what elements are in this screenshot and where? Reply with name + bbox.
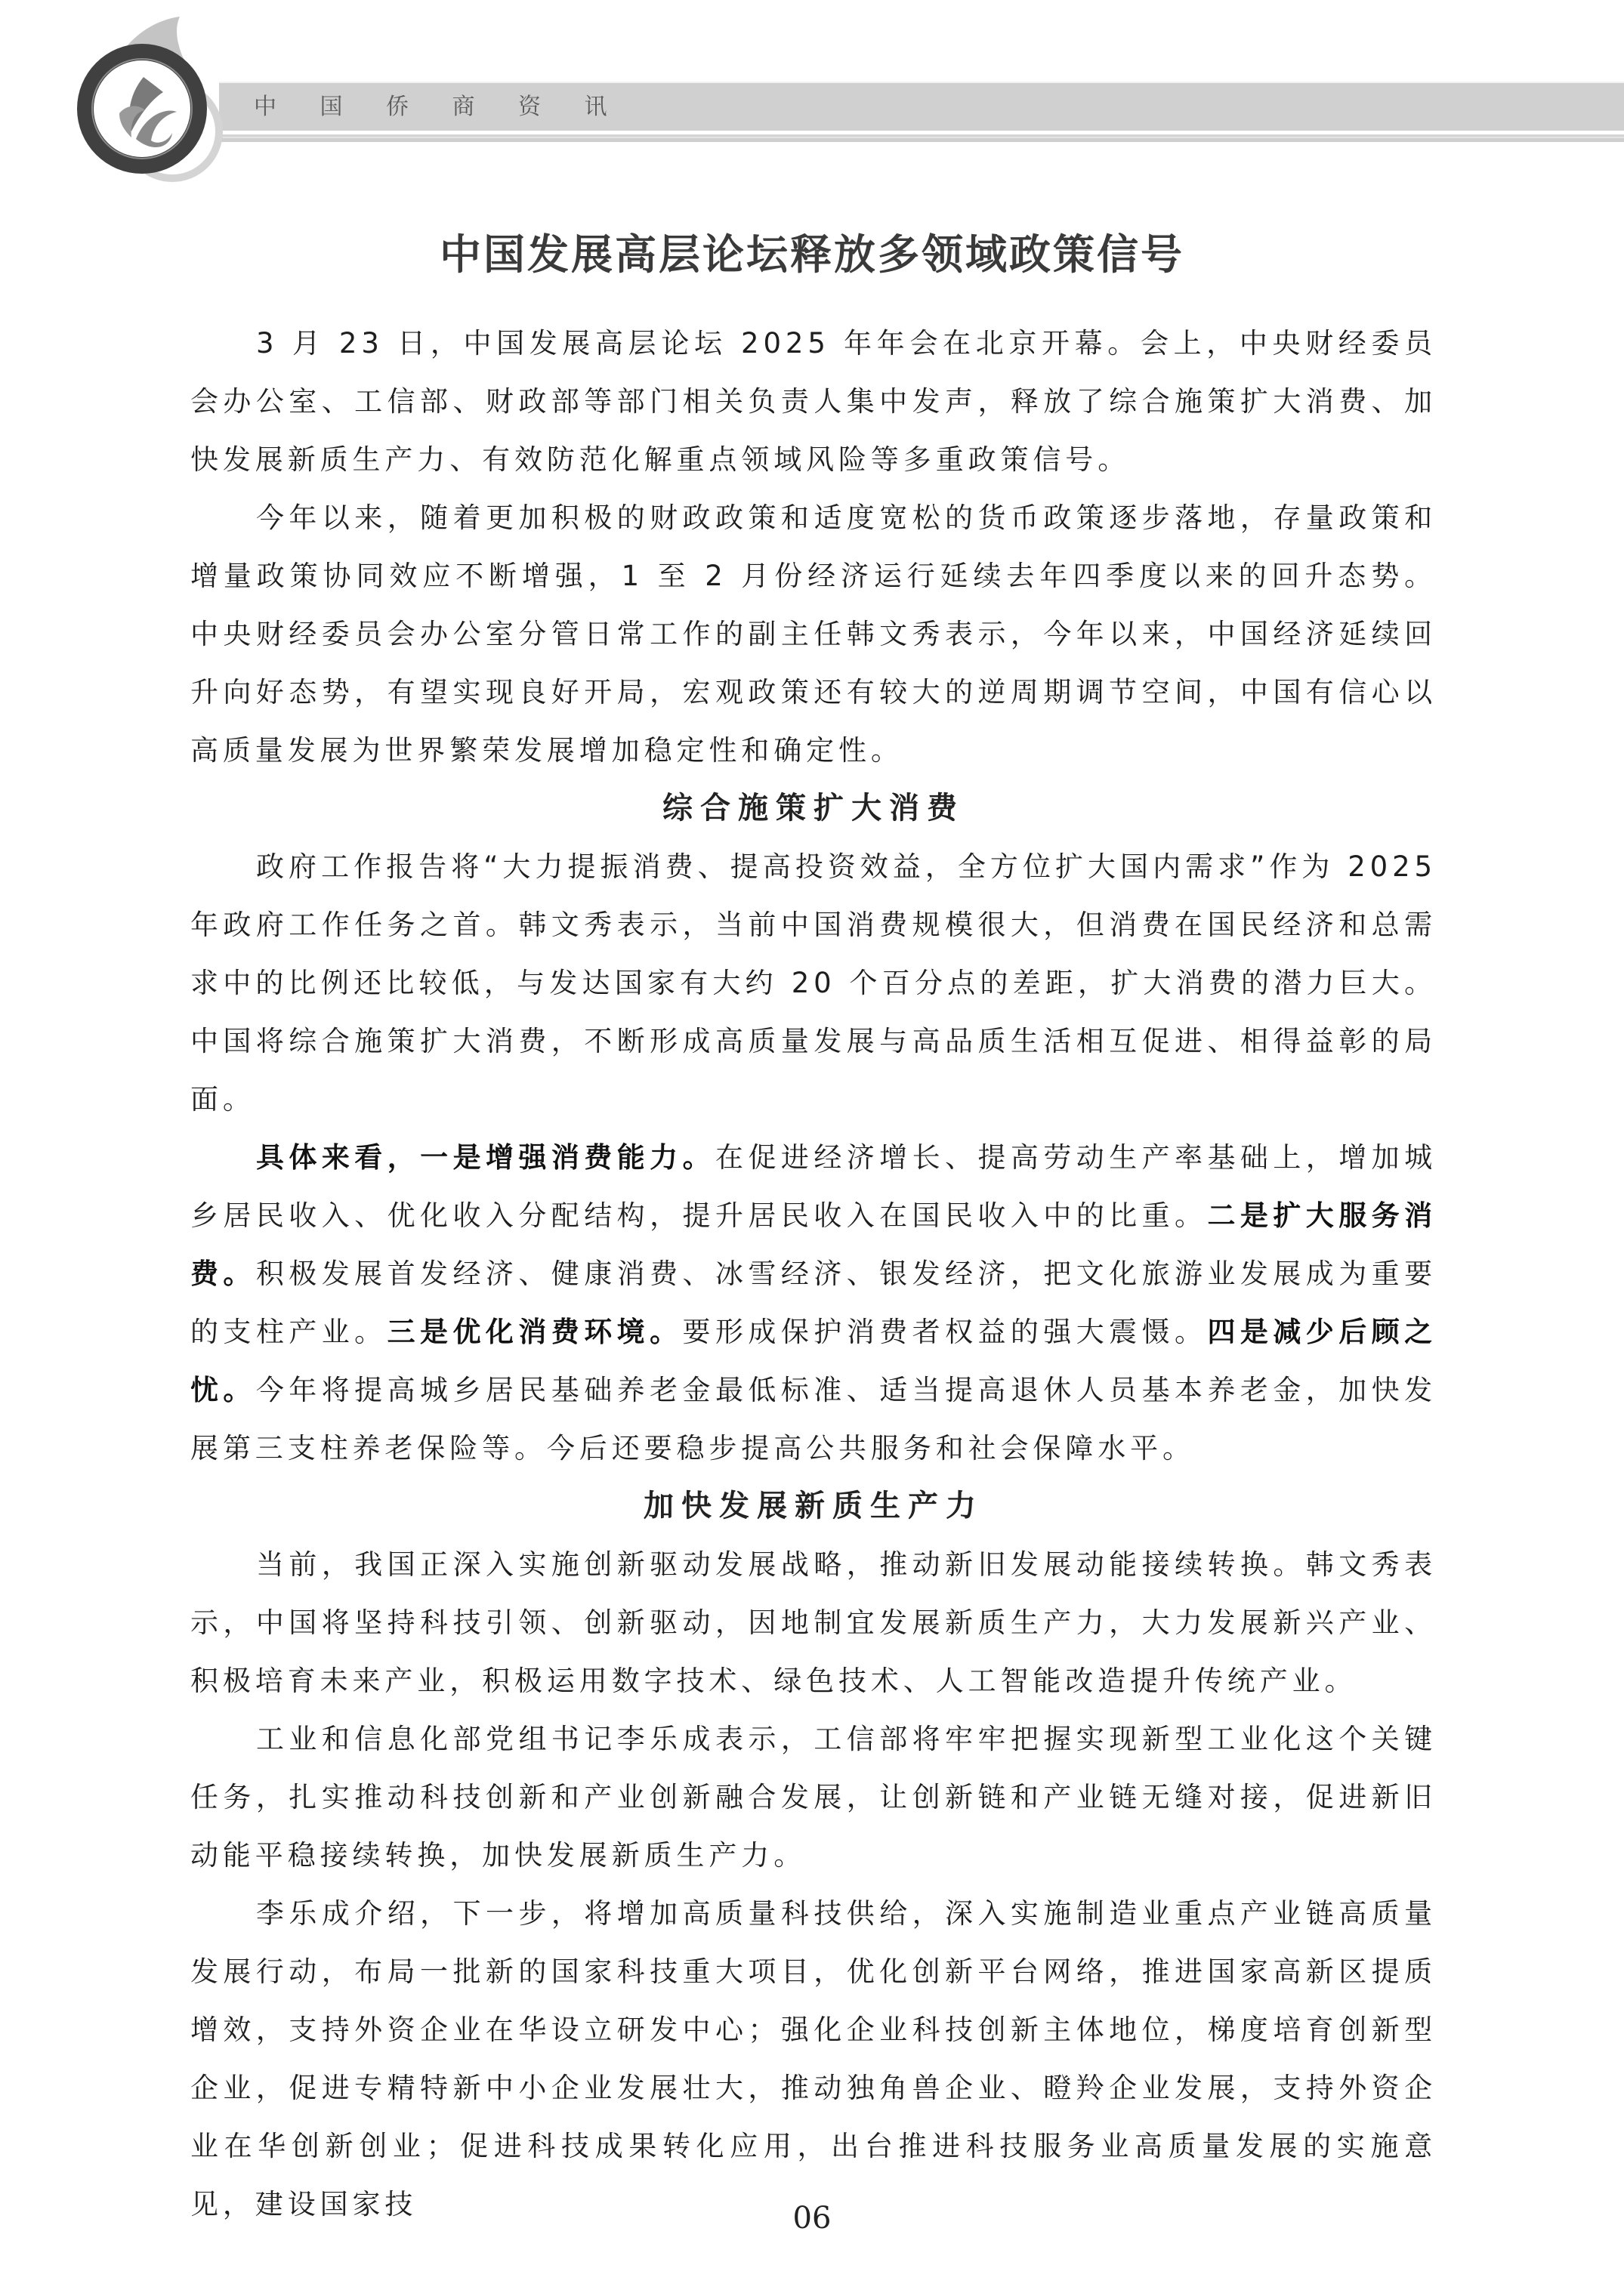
org-emblem-icon xyxy=(66,11,240,189)
key-point-lead: 具体来看，一是增强消费能力。 xyxy=(256,1141,715,1174)
publication-name: 中 国 侨 商 资 讯 xyxy=(254,94,650,121)
publication-name-char: 商 xyxy=(452,94,519,121)
paragraph: 当前，我国正深入实施创新驱动发展战略，推动新旧发展动能接续转换。韩文秀表示，中国… xyxy=(190,1535,1437,1710)
paragraph: 具体来看，一是增强消费能力。在促进经济增长、提高劳动生产率基础上，增加城乡居民收… xyxy=(190,1128,1437,1477)
publication-name-char: 国 xyxy=(320,94,387,121)
paragraph: 今年以来，随着更加积极的财政政策和适度宽松的货币政策逐步落地，存量政策和增量政策… xyxy=(190,489,1437,779)
paragraph: 李乐成介绍，下一步，将增加高质量科技供给，深入实施制造业重点产业链高质量发展行动… xyxy=(190,1884,1437,2233)
publication-name-char: 资 xyxy=(518,94,585,121)
paragraph-text: 李乐成介绍，下一步，将增加高质量科技供给，深入实施制造业重点产业链高质量发展行动… xyxy=(190,1897,1437,2220)
section-heading: 综合施策扩大消费 xyxy=(190,779,1437,838)
page-number: 06 xyxy=(0,2199,1624,2237)
paragraph-text: 工业和信息化部党组书记李乐成表示，工信部将牢牢把握实现新型工业化这个关键任务，扎… xyxy=(190,1723,1437,1872)
paragraph-text: 当前，我国正深入实施创新驱动发展战略，推动新旧发展动能接续转换。韩文秀表示，中国… xyxy=(190,1548,1437,1697)
key-point-lead: 三是优化消费环境。 xyxy=(387,1316,683,1348)
paragraph-text: 3 月 23 日，中国发展高层论坛 2025 年年会在北京开幕。会上，中央财经委… xyxy=(190,327,1437,476)
publication-name-char: 侨 xyxy=(386,94,452,121)
publication-name-char: 讯 xyxy=(585,94,651,121)
paragraph-text: 要形成保护消费者权益的强大震慑。 xyxy=(683,1316,1208,1348)
publication-name-char: 中 xyxy=(254,94,320,121)
paragraph-text: 政府工作报告将“大力提振消费、提高投资效益，全方位扩大国内需求”作为 2025 … xyxy=(190,850,1437,1116)
paragraph: 政府工作报告将“大力提振消费、提高投资效益，全方位扩大国内需求”作为 2025 … xyxy=(190,838,1437,1128)
paragraph: 工业和信息化部党组书记李乐成表示，工信部将牢牢把握实现新型工业化这个关键任务，扎… xyxy=(190,1710,1437,1884)
paragraph: 3 月 23 日，中国发展高层论坛 2025 年年会在北京开幕。会上，中央财经委… xyxy=(190,314,1437,489)
paragraph-text: 今年将提高城乡居民基础养老金最低标准、适当提高退休人员基本养老金，加快发展第三支… xyxy=(190,1374,1437,1464)
masthead-rule xyxy=(219,134,1624,142)
paragraph-text: 今年以来，随着更加积极的财政政策和适度宽松的货币政策逐步落地，存量政策和增量政策… xyxy=(190,501,1437,767)
article-body: 3 月 23 日，中国发展高层论坛 2025 年年会在北京开幕。会上，中央财经委… xyxy=(190,314,1437,2233)
section-heading: 加快发展新质生产力 xyxy=(190,1477,1437,1535)
article-title: 中国发展高层论坛释放多领域政策信号 xyxy=(0,228,1624,281)
